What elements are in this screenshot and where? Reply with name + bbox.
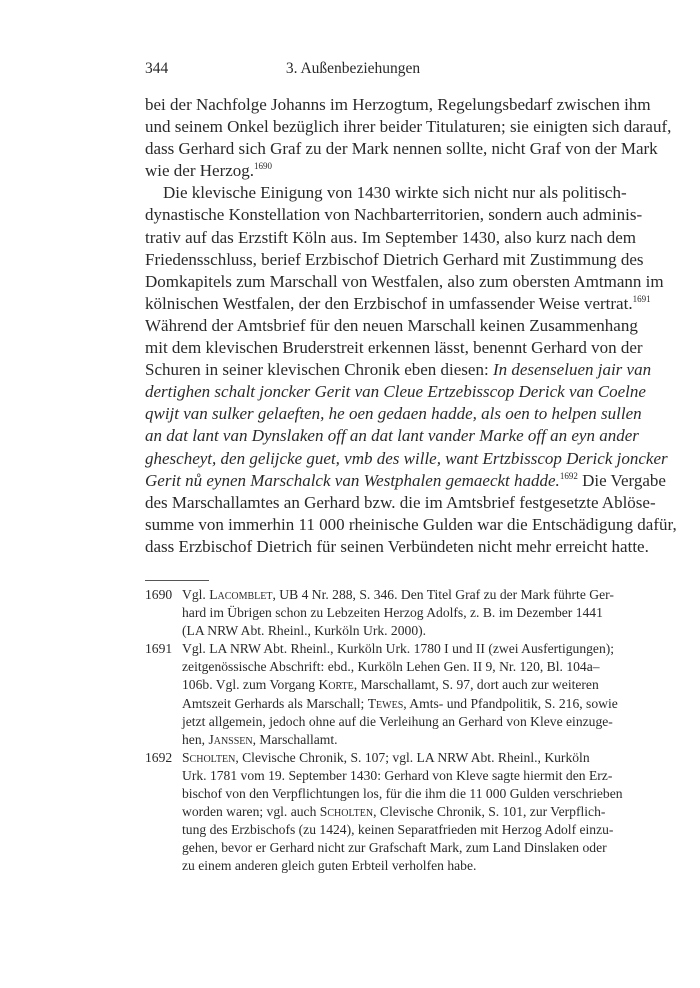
footnote-ref-1691[interactable]: 1691 (633, 294, 651, 304)
footnote-line: Scholten, Clevische Chronik, S. 107; vgl… (182, 749, 561, 767)
running-head: 344 3. Außenbeziehungen (145, 60, 561, 82)
footnote-number: 1690 (145, 586, 172, 604)
body-line: Domkapitels zum Marschall von Westfalen,… (145, 271, 561, 293)
body-line: dass Erzbischof Dietrich für seinen Verb… (145, 536, 561, 558)
footnote-line: Amtszeit Gerhards als Marschall; Tewes, … (182, 695, 561, 713)
quote-line: dertighen schalt joncker Gerit van Cleue… (145, 381, 561, 403)
text: , Marschallamt. (253, 732, 338, 747)
text: Amtszeit Gerhards als Marschall; (182, 696, 368, 711)
text: 106b. Vgl. zum Vorgang (182, 677, 318, 692)
footnote-line: Vgl. LA NRW Abt. Rheinl., Kurköln Urk. 1… (182, 640, 561, 658)
quote-text: In desenseluen jair van (493, 360, 651, 379)
body-line: mit dem klevischen Bruderstreit erkennen… (145, 337, 561, 359)
body-line: summe von immerhin 11 000 rheinische Gul… (145, 514, 561, 536)
body-line-text: kölnischen Westfalen, der den Erzbischof… (145, 294, 633, 313)
footnote-ref-1692[interactable]: 1692 (560, 471, 578, 481)
footnote-line: worden waren; vgl. auch Scholten, Clevis… (182, 803, 561, 821)
body-line: des Marschallamtes an Gerhard bzw. die i… (145, 492, 561, 514)
body-line: bei der Nachfolge Johanns im Herzogtum, … (145, 94, 561, 116)
footnote-separator (145, 580, 209, 581)
body-line: Die klevische Einigung von 1430 wirkte s… (145, 182, 561, 204)
author-name: Korte (318, 677, 353, 692)
text: , UB 4 Nr. 288, S. 346. Den Titel Graf z… (273, 587, 614, 602)
author-name: Janssen (208, 732, 252, 747)
footnote-1690: 1690 Vgl. Lacomblet, UB 4 Nr. 288, S. 34… (145, 586, 561, 640)
text: , Marschallamt, S. 97, dort auch zur wei… (354, 677, 599, 692)
text: , Amts- und Pfandpolitik, S. 216, sowie (403, 696, 618, 711)
body-line: trativ auf das Erzstift Köln aus. Im Sep… (145, 227, 561, 249)
footnote-1691: 1691 Vgl. LA NRW Abt. Rheinl., Kurköln U… (145, 640, 561, 749)
footnote-line: jetzt allgemein, jedoch ohne auf die Ver… (182, 713, 561, 731)
body-line: dynastische Konstellation von Nachbarter… (145, 204, 561, 226)
text: Vgl. (182, 587, 209, 602)
footnote-line: tung des Erzbischofs (zu 1424), keinen S… (182, 821, 561, 839)
quote-line: qwijt van sulker gelaeften, he oen gedae… (145, 403, 561, 425)
footnote-line: hard im Übrigen schon zu Lebzeiten Herzo… (182, 604, 561, 622)
body-line: und seinem Onkel bezüglich ihrer beider … (145, 116, 561, 138)
body-line: dass Gerhard sich Graf zu der Mark nenne… (145, 138, 561, 160)
footnote-line: Vgl. Lacomblet, UB 4 Nr. 288, S. 346. De… (182, 586, 561, 604)
footnote-line: gehen, bevor er Gerhard nicht zur Grafsc… (182, 839, 561, 857)
author-name: Scholten (320, 804, 373, 819)
author-name: Lacomblet (209, 587, 272, 602)
footnote-number: 1691 (145, 640, 172, 658)
footnote-line: zeitgenössische Abschrift: ebd., Kurköln… (182, 658, 561, 676)
footnote-line: 106b. Vgl. zum Vorgang Korte, Marschalla… (182, 676, 561, 694)
body-line: Friedensschluss, berief Erzbischof Dietr… (145, 249, 561, 271)
quote-line: ghescheyt, den gelijcke guet, vmb des wi… (145, 448, 561, 470)
body-line: Schuren in seiner klevischen Chronik ebe… (145, 359, 561, 381)
author-name: Tewes (368, 696, 404, 711)
body-text: bei der Nachfolge Johanns im Herzogtum, … (145, 94, 561, 558)
body-line: kölnischen Westfalen, der den Erzbischof… (145, 293, 561, 315)
footnote-line: bischof von den Verpflichtungen los, für… (182, 785, 561, 803)
footnote-line: (LA NRW Abt. Rheinl., Kurköln Urk. 2000)… (182, 622, 561, 640)
footnote-line: Urk. 1781 vom 19. September 1430: Gerhar… (182, 767, 561, 785)
footnote-number: 1692 (145, 749, 172, 767)
book-page: 344 3. Außenbeziehungen bei der Nachfolg… (0, 0, 700, 988)
footnote-1692: 1692 Scholten, Clevische Chronik, S. 107… (145, 749, 561, 876)
body-line-text: Schuren in seiner klevischen Chronik ebe… (145, 360, 493, 379)
quote-line: an dat lant van Dynslaken off an dat lan… (145, 425, 561, 447)
author-name: Scholten (182, 750, 235, 765)
body-line: Gerit nů eynen Marschalck van Westphalen… (145, 470, 561, 492)
footnote-line: zu einem anderen gleich guten Erbteil ve… (182, 857, 561, 875)
footnotes: 1690 Vgl. Lacomblet, UB 4 Nr. 288, S. 34… (145, 586, 561, 876)
text: , Clevische Chronik, S. 107; vgl. LA NRW… (235, 750, 589, 765)
text: , Clevische Chronik, S. 101, zur Verpfli… (373, 804, 605, 819)
chapter-title: 3. Außenbeziehungen (145, 60, 561, 78)
text: hen, (182, 732, 208, 747)
text: worden waren; vgl. auch (182, 804, 320, 819)
footnote-line: hen, Janssen, Marschallamt. (182, 731, 561, 749)
footnote-ref-1690[interactable]: 1690 (254, 161, 272, 171)
quote-text: Gerit nů eynen Marschalck van Westphalen… (145, 471, 560, 490)
body-line-text: wie der Herzog. (145, 161, 254, 180)
body-line: Während der Amtsbrief für den neuen Mars… (145, 315, 561, 337)
body-line-text: Die Vergabe (578, 471, 666, 490)
body-line: wie der Herzog.1690 (145, 160, 561, 182)
